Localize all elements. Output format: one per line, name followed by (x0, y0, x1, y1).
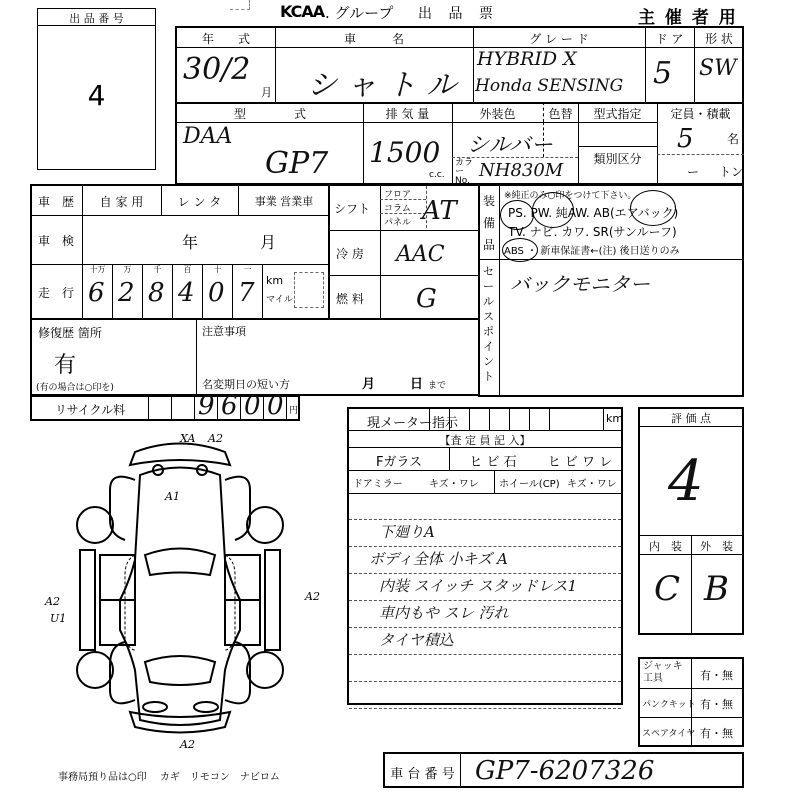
mileage-digit: 4 (178, 278, 195, 308)
meter-unit: km (606, 412, 623, 425)
dotted-corner (230, 0, 250, 10)
model-value-1: DAA (183, 124, 232, 149)
mark-hood: A1 (164, 490, 180, 503)
shift-table: シフト フロア コラム パネル AT 冷 房 AAC 燃 料 G (328, 184, 480, 320)
exterior-grade: B (704, 569, 729, 609)
name-label: 車 名 (275, 30, 473, 47)
caution-month: 月 (362, 373, 375, 392)
overall-grade: 4 (668, 449, 704, 514)
recycle-digit-cell: 9 (194, 397, 217, 419)
recycle-digit-cell: 6 (217, 397, 240, 419)
usage-label: 主 催 者 用 (638, 3, 738, 28)
mileage-digit-cell: 万2 (112, 264, 142, 318)
lot-number: 4 (38, 79, 155, 112)
model-designation-label: 型式指定 (578, 105, 657, 122)
meter-label: 現メーター指示 (367, 412, 458, 431)
chassis-label: 車 台 番 号 (385, 763, 460, 782)
mileage-digit-header: 百 (173, 264, 202, 275)
inspection-month: 月 (260, 230, 276, 253)
glass-opt2[interactable]: ヒ ビ ワ レ (537, 451, 623, 470)
category-label: 類別区分 (578, 150, 657, 167)
mileage-digit: 2 (118, 278, 135, 308)
inspector-table: 現メーター指示 km 【査 定 員 記 入】 Fガラス ヒ ビ 石 ヒ ビ ワ … (347, 407, 623, 705)
wheel-label: ホイール(CP) (499, 475, 560, 490)
glass-opt1[interactable]: ヒ ビ 石 (449, 451, 537, 470)
mark-right: A2 (304, 590, 320, 603)
mileage-digit-cell: 一7 (232, 264, 262, 318)
tool-jack-label: ジャッキ 工具 (643, 661, 689, 685)
ac-value: AAC (396, 242, 445, 267)
mileage-digit-cell: 百4 (172, 264, 202, 318)
color-value: シルバー (467, 128, 553, 159)
grade-value-2: Honda SENSING (475, 76, 623, 96)
history-table: 車 歴 自 家 用 レ ン タ 事業 営業車 車 検 年 月 走 行 十万6万2… (30, 184, 330, 320)
mark-front-1: XA (179, 432, 195, 445)
inspection-label: 車 検 (38, 232, 74, 249)
shift-floor[interactable]: フロア (384, 187, 411, 200)
model-label: 型 式 (177, 105, 363, 122)
circle-ps (500, 200, 534, 230)
caution-day: 日 (410, 373, 423, 392)
shift-value: AT (422, 196, 457, 226)
capacity-label: 定員・積載 (657, 105, 744, 122)
color-label: 外装色 (452, 105, 543, 122)
caution-label: 注意事項 (202, 323, 246, 339)
caution-until: まで (428, 378, 446, 391)
recycle-digit-cell: 0 (240, 397, 263, 419)
tool-jack-value[interactable]: 有・無 (691, 667, 742, 683)
mark-left-2: U1 (50, 612, 66, 625)
color-no-label: カラー No. (455, 159, 475, 186)
mileage-digit: 7 (238, 278, 255, 308)
mileage-digit: 0 (208, 278, 225, 308)
capacity-unit: 名 (727, 130, 739, 147)
mileage-digit-header: 千 (143, 264, 172, 275)
mileage-digit-header: 十 (203, 264, 232, 275)
tool-spare-value[interactable]: 有・無 (691, 725, 742, 741)
door-label: ド ア (645, 30, 694, 47)
history-label: 車 歴 (38, 193, 74, 210)
office-items: 事務局預り品は○印 カギ リモコン ナビロム (58, 768, 280, 783)
recycle-unit: 円 (289, 403, 298, 416)
circle-pw (532, 192, 574, 228)
mileage-digit-cell: 十万6 (82, 264, 112, 318)
chassis-value: GP7-6207326 (475, 756, 654, 786)
mileage-digit-header: 万 (113, 264, 142, 275)
vehicle-table: 年 式 車 名 グ レ ー ド ド ア 形 状 30/2 月 シャトル HYBR… (175, 26, 744, 185)
capacity-value: 5 (677, 124, 694, 154)
fuel-label: 燃 料 (336, 290, 364, 307)
org-logo: KCAA (280, 2, 324, 21)
shift-label: シフト (334, 200, 370, 217)
mileage-unit-km: km (266, 274, 283, 287)
mirror-label: ドアミラー (353, 475, 403, 490)
grade-value-1: HYBRID X (477, 48, 577, 70)
shape-value: SW (699, 56, 737, 81)
shift-column[interactable]: コラム (384, 201, 411, 214)
mile-box (294, 272, 324, 308)
mileage-digit-header: 十万 (83, 264, 112, 275)
mileage-digit-cell: 十0 (202, 264, 232, 318)
name-change-label: 名変期日の短い方 (202, 376, 290, 392)
mileage-digit: 6 (88, 278, 105, 308)
history-business[interactable]: 事業 営業車 (238, 193, 330, 209)
recycle-digit-cell (148, 397, 171, 419)
tool-kit-value[interactable]: 有・無 (691, 696, 742, 712)
mirror-opts[interactable]: キズ・ワレ (429, 475, 479, 490)
fuel-value: G (416, 284, 437, 314)
month-suffix: 月 (261, 84, 272, 100)
equipment-table: 装 備 品 ※純正のみ○印をつけて下さい。 PS. PW. 純AW. AB(エア… (478, 184, 744, 397)
glass-label: Fガラス (349, 451, 449, 470)
mileage-label: 走 行 (38, 284, 74, 301)
inspector-note: 車内もや スレ 汚れ (379, 602, 509, 623)
color-no-value: NH830M (479, 160, 563, 181)
color-change-label: 色替 (543, 105, 578, 122)
inspector-note: 下廻りA (379, 521, 435, 542)
sheet-title: 出 品 票 (418, 3, 499, 23)
load-unit: トン (719, 163, 743, 180)
year-label: 年 式 (177, 30, 275, 47)
inspection-year: 年 (182, 230, 198, 253)
inspector-note: ボディ全体 小キズ A (369, 548, 508, 569)
inspector-header: 【査 定 員 記 入】 (349, 432, 621, 448)
lot-box: 出 品 番 号 4 (37, 8, 156, 170)
sales-point-value: バックモニター (510, 268, 650, 297)
tool-kit-label: パンクキット (642, 697, 696, 710)
circle-ab (630, 190, 676, 226)
mark-left: A2 (44, 595, 60, 608)
recycle-label: リサイクル料 (32, 401, 148, 418)
grade-label: グ レ ー ド (473, 30, 645, 47)
circle-abs (502, 238, 538, 262)
mileage-digit-cell: 千8 (142, 264, 172, 318)
lot-label: 出 品 番 号 (38, 10, 155, 26)
car-diagram: A1 XA A2 A2 U1 A2 A2 (40, 430, 320, 750)
recycle-digit: 9 (198, 391, 215, 421)
ac-label: 冷 房 (336, 245, 364, 262)
mark-rear: A2 (179, 738, 195, 750)
car-name-value: シャトル (307, 60, 466, 104)
displacement-value: 1500 (369, 136, 440, 169)
grade-label: 評 価 点 (640, 410, 742, 426)
repair-note: (有の場合は○印を) (36, 380, 114, 393)
mark-front-2: A2 (207, 432, 223, 445)
mileage-digit-header: 一 (233, 264, 262, 275)
grade-table: 評 価 点 4 内 装 外 装 C B (638, 407, 744, 635)
load-value: ー (687, 163, 699, 180)
repair-table: 修復歴 箇所 有 (有の場合は○印を) 注意事項 名変期日の短い方 月 日 まで (30, 318, 480, 396)
tools-table: ジャッキ 工具 有・無 パンクキット 有・無 スペアタイヤ 有・無 (638, 657, 744, 747)
inspector-note: タイヤ積込 (379, 629, 454, 650)
recycle-table: リサイクル料 9600 円 (30, 395, 300, 421)
equipment-label: 装 備 品 (483, 190, 497, 256)
shape-label: 形 状 (694, 30, 744, 47)
repair-label: 修復歴 箇所 (38, 324, 102, 341)
recycle-digit-cell: 0 (263, 397, 286, 419)
recycle-digit: 6 (221, 391, 238, 421)
year-value: 30/2 (183, 52, 250, 87)
model-value-2: GP7 (265, 146, 328, 181)
interior-label: 内 装 (640, 538, 691, 554)
repair-value: 有 (54, 348, 76, 379)
mileage-digit: 8 (148, 278, 165, 308)
recycle-digit: 0 (267, 391, 284, 421)
displacement-unit: c.c. (429, 170, 445, 180)
wheel-opts[interactable]: キズ・ワレ (567, 475, 617, 490)
recycle-digit: 0 (244, 391, 261, 421)
inspector-note: 内装 スイッチ スタッドレス1 (379, 575, 577, 596)
shift-panel[interactable]: パネル (384, 215, 411, 228)
history-rental[interactable]: レ ン タ (161, 193, 238, 210)
mileage-unit-mile: マイル (266, 292, 293, 305)
sales-point-label: セールスポイント (483, 264, 497, 384)
history-private[interactable]: 自 家 用 (82, 193, 161, 210)
recycle-digit-cell (171, 397, 194, 419)
tool-spare-label: スペアタイヤ (642, 726, 695, 739)
interior-grade: C (654, 569, 680, 609)
group-label: . グループ (325, 2, 393, 23)
chassis-table: 車 台 番 号 GP7-6207326 (383, 752, 744, 788)
displacement-label: 排 気 量 (363, 105, 452, 122)
door-value: 5 (653, 56, 672, 91)
exterior-label: 外 装 (691, 538, 742, 554)
